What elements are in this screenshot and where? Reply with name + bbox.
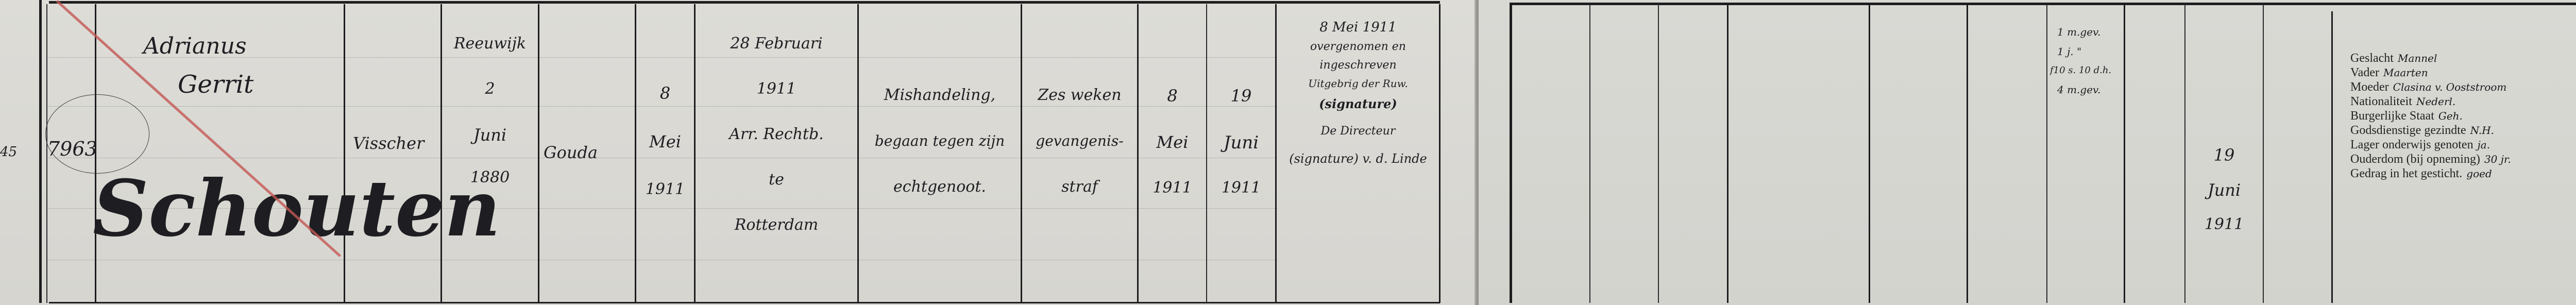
- ruling-line: [46, 260, 1278, 260]
- judgment-te: te: [696, 172, 857, 188]
- column-rule: [1439, 4, 1440, 303]
- detail-value: 30 jr.: [2484, 153, 2511, 165]
- official-signature: (signature): [1278, 98, 1438, 110]
- surname: Schouten: [93, 170, 501, 247]
- detail-row-burgerlijke-staat: Burgerlijke StaatGeh.: [2350, 109, 2511, 124]
- detail-value: goed: [2466, 167, 2492, 180]
- offence-line-3: echtgenoot.: [859, 179, 1021, 195]
- birthplace: Reeuwijk: [442, 36, 538, 52]
- offence-cell: Mishandeling, begaan tegen zijn echtgeno…: [859, 88, 1021, 195]
- detail-row-nationaliteit: NationaliteitNederl.: [2350, 95, 2511, 109]
- birthplace-birthdate-cell: Reeuwijk 2 Juni 1880: [442, 36, 538, 185]
- detail-value: Maarten: [2383, 66, 2428, 79]
- remarks-date: 8 Mei 1911: [1278, 21, 1438, 34]
- remarks-line-3: ingeschreven: [1278, 60, 1438, 71]
- end-year: 1911: [1207, 180, 1275, 196]
- offence-line-2: begaan tegen zijn: [859, 134, 1021, 148]
- column-rule: [2046, 4, 2047, 303]
- judgment-date: 28 Februari: [696, 36, 857, 52]
- release-date-cell: 19 Juni 1911: [2185, 147, 2263, 232]
- detail-value: N.H.: [2470, 124, 2494, 137]
- remarks-cell: 8 Mei 1911 overgenomen en ingeschreven U…: [1278, 21, 1438, 165]
- sentence-cell: Zes weken gevangenis- straf: [1022, 88, 1137, 195]
- column-rule: [1727, 4, 1728, 303]
- column-rule: [39, 0, 42, 303]
- margin-number: 45: [0, 145, 17, 159]
- left-page-bottom-border: [49, 302, 1440, 303]
- sentence-line-2: gevangenis-: [1022, 134, 1137, 148]
- column-rule: [1510, 4, 1512, 303]
- column-rule: [344, 4, 345, 303]
- detail-row-gedrag: Gedrag in het gesticht.goed: [2350, 167, 2511, 181]
- birth-day: 2: [442, 81, 538, 97]
- judgment-place: Rotterdam: [696, 217, 857, 233]
- prior-convictions-cell: 1 m.gev. 1 j. " f10 s. 10 d.h. 4 m.gev.: [2048, 27, 2124, 95]
- detail-value: Nederl.: [2416, 95, 2455, 108]
- column-rule: [1589, 4, 1590, 303]
- prior-conviction-3: f10 s. 10 d.h.: [2048, 66, 2124, 75]
- admission-day: 8: [636, 85, 694, 101]
- given-name-1: Adrianus: [143, 35, 247, 58]
- detail-row-moeder: MoederClasina v. Ooststroom: [2350, 80, 2511, 95]
- detail-value: Clasina v. Ooststroom: [2393, 81, 2507, 93]
- prior-conviction-4: 4 m.gev.: [2048, 84, 2124, 95]
- detail-label: Ouderdom (bij opneming): [2350, 152, 2480, 166]
- remarks-line-4: Uitgebrig der Ruw.: [1278, 78, 1438, 89]
- left-page-top-border: [49, 1, 1440, 4]
- release-month: Juni: [2185, 182, 2263, 198]
- column-rule: [1967, 4, 1968, 303]
- release-day: 19: [2185, 147, 2263, 163]
- start-day: 8: [1139, 88, 1206, 104]
- column-rule: [2263, 4, 2264, 303]
- detail-label: Nationaliteit: [2350, 95, 2412, 109]
- birth-month: Juni: [442, 127, 538, 143]
- end-day: 19: [1207, 88, 1275, 104]
- detail-label: Burgerlijke Staat: [2350, 109, 2434, 123]
- personal-details-list: GeslachtMannel VaderMaarten MoederClasin…: [2350, 52, 2511, 181]
- sentence-start-cell: 8 Mei 1911: [1139, 88, 1206, 196]
- start-year: 1911: [1139, 180, 1206, 196]
- column-rule: [1275, 4, 1277, 303]
- detail-value: Mannel: [2398, 52, 2437, 64]
- judgment-court: Arr. Rechtb.: [696, 127, 857, 142]
- detail-value: Geh.: [2438, 110, 2463, 122]
- admission-month: Mei: [636, 133, 694, 150]
- end-month: Juni: [1207, 134, 1275, 151]
- register-number: 7963: [47, 139, 97, 159]
- release-year: 1911: [2185, 217, 2263, 232]
- detail-row-vader: VaderMaarten: [2350, 66, 2511, 80]
- judgment-year: 1911: [696, 81, 857, 97]
- right-page-top-border: [1510, 3, 2576, 5]
- detail-label: Godsdienstige gezindte: [2350, 124, 2466, 138]
- offence-line-1: Mishandeling,: [859, 88, 1021, 103]
- sentence-line-3: straf: [1022, 179, 1137, 195]
- judgment-cell: 28 Februari 1911 Arr. Rechtb. te Rotterd…: [696, 36, 857, 233]
- register-number-circle: [45, 94, 149, 174]
- prior-conviction-2: 1 j. ": [2048, 46, 2124, 57]
- detail-label: Moeder: [2350, 80, 2389, 94]
- detail-row-ouderdom: Ouderdom (bij opneming)30 jr.: [2350, 152, 2511, 167]
- detail-label: Geslacht: [2350, 52, 2394, 65]
- director-title: De Directeur: [1278, 126, 1438, 137]
- admission-date-cell: 8 Mei 1911: [636, 85, 694, 197]
- detail-row-godsdienst: Godsdienstige gezindteN.H.: [2350, 124, 2511, 138]
- column-rule: [2331, 11, 2333, 303]
- detail-label: Vader: [2350, 66, 2379, 80]
- admission-year: 1911: [636, 182, 694, 197]
- director-signature: (signature) v. d. Linde: [1278, 152, 1438, 165]
- prior-conviction-1: 1 m.gev.: [2048, 27, 2124, 37]
- detail-row-geslacht: GeslachtMannel: [2350, 52, 2511, 66]
- column-rule: [1869, 4, 1870, 303]
- column-rule: [1658, 4, 1659, 303]
- given-name-2: Gerrit: [178, 72, 253, 97]
- column-rule: [2124, 4, 2125, 303]
- occupation: Visscher: [353, 135, 424, 151]
- residence: Gouda: [544, 144, 598, 161]
- remarks-line-2: overgenomen en: [1278, 41, 1438, 53]
- birth-year: 1880: [442, 170, 538, 185]
- sentence-end-cell: 19 Juni 1911: [1207, 88, 1275, 196]
- column-rule: [538, 4, 539, 303]
- detail-row-onderwijs: Lager onderwijs genotenja.: [2350, 138, 2511, 152]
- detail-label: Gedrag in het gesticht.: [2350, 167, 2462, 181]
- sentence-line-1: Zes weken: [1022, 88, 1137, 103]
- detail-value: ja.: [2478, 139, 2490, 151]
- start-month: Mei: [1139, 134, 1206, 150]
- detail-label: Lager onderwijs genoten: [2350, 138, 2473, 152]
